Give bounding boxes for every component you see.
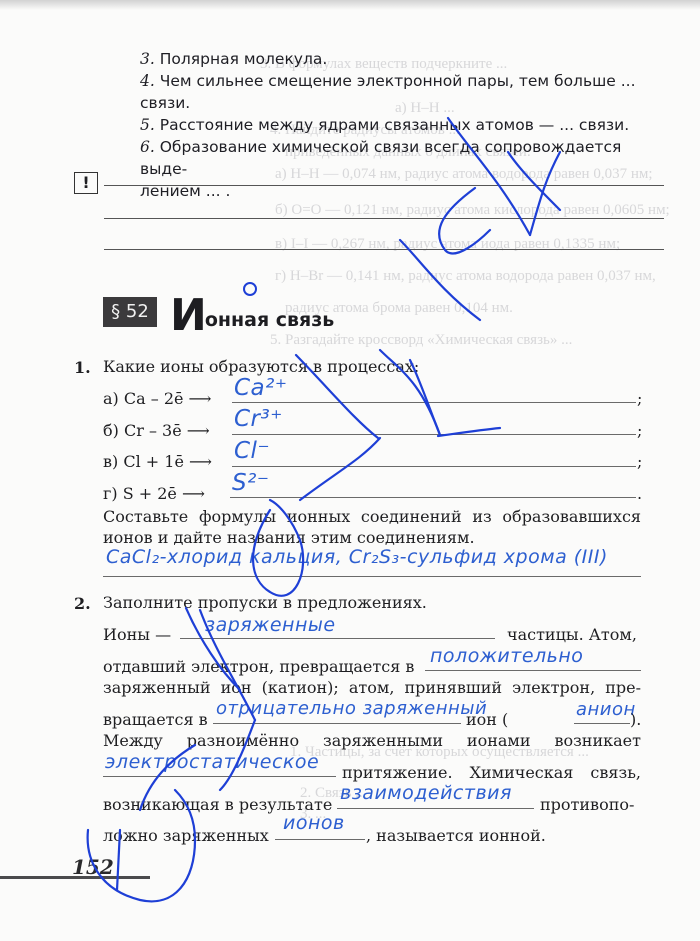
task-instruction: Составьте формулы ионных соединений из о… [103, 507, 641, 527]
note-line[interactable] [104, 218, 664, 219]
sentence-text: вращается в [103, 710, 208, 730]
item-number: 3. [140, 50, 155, 68]
page-edge-shadow [0, 0, 700, 10]
note-line[interactable] [104, 249, 664, 250]
fill-blank[interactable] [103, 776, 336, 777]
handwritten-answer[interactable]: анион [576, 699, 636, 720]
line-end: ; [637, 389, 642, 409]
sentence-text: Между разноимённо заряженными ионами воз… [103, 731, 641, 751]
item-number: 6. [140, 138, 155, 156]
task-instruction: ионов и дайте названия этим соединениям. [103, 528, 475, 548]
sentence-text: ложно заряженных [103, 826, 269, 846]
task-question: Какие ионы образуются в процессах: [103, 357, 419, 377]
list-item: 6. Образование химической связи всегда с… [140, 136, 660, 180]
handwritten-answer[interactable]: S²⁻ [232, 470, 269, 496]
item-number: 4. [140, 72, 155, 90]
section-number-badge: § 52 [103, 297, 157, 327]
sentence-text: заряженный ион (катион); атом, принявший… [103, 678, 641, 698]
answer-line[interactable] [232, 466, 636, 467]
answer-line[interactable] [232, 434, 636, 435]
definitions-list: 3. Полярная молекула. 4. Чем сильнее сме… [140, 48, 660, 202]
list-item: лением ... . [140, 180, 660, 202]
reaction-label: а) Ca – 2ē ⟶ [103, 389, 212, 409]
sentence-text: противопо- [540, 795, 634, 815]
fill-blank[interactable] [213, 723, 461, 724]
fill-blank[interactable] [275, 839, 365, 840]
task-number: 1. [74, 358, 91, 377]
handwritten-answer[interactable]: электростатическое [105, 751, 319, 773]
item-text: Полярная молекула. [160, 50, 328, 68]
list-item: 5. Расстояние между ядрами связанных ато… [140, 114, 660, 136]
note-line[interactable] [104, 185, 664, 186]
answer-line[interactable] [103, 576, 641, 577]
title-initial: И [170, 290, 205, 341]
answer-line[interactable] [230, 497, 636, 498]
handwritten-answer[interactable]: взаимодействия [340, 782, 512, 804]
sentence-text: притяжение. Химическая связь, [342, 763, 641, 783]
sentence-text: ион ( [466, 710, 508, 730]
ghost-line: г) Н–Br — 0,141 нм, радиус атома водород… [275, 268, 656, 285]
handwritten-answer[interactable]: заряженные [205, 614, 336, 636]
handwritten-answer[interactable]: ионов [283, 812, 345, 834]
reaction-label: в) Cl + 1ē ⟶ [103, 452, 212, 472]
task-number: 2. [74, 594, 91, 613]
handwritten-answer[interactable]: Cr³⁺ [234, 406, 283, 432]
fill-blank[interactable] [574, 723, 630, 724]
item-number: 5. [140, 116, 155, 134]
item-text: Расстояние между ядрами связанных атомов… [160, 116, 629, 134]
sentence-text: отдавший электрон, превращается в [103, 657, 414, 677]
handwritten-answer[interactable]: положительно [430, 645, 583, 667]
line-end: ; [637, 421, 642, 441]
fill-blank[interactable] [180, 638, 495, 639]
item-text: Образование химической связи всегда сопр… [140, 138, 621, 178]
title-rest: онная связь [205, 309, 334, 331]
handwritten-answer[interactable]: CaCl₂-хлорид кальция, Cr₂S₃-сульфид хром… [106, 546, 608, 568]
list-item: 3. Полярная молекула. [140, 48, 660, 70]
fill-blank[interactable] [337, 808, 534, 809]
task-title: Заполните пропуски в предложениях. [103, 593, 427, 613]
sentence-text: частицы. Атом, [507, 625, 637, 645]
line-end: . [637, 484, 642, 504]
handwritten-answer[interactable]: отрицательно заряженный [216, 698, 487, 719]
line-end: ; [637, 452, 642, 472]
sentence-text: , называется ионной. [366, 826, 546, 846]
sentence-text: Ионы — [103, 625, 171, 645]
handwritten-answer[interactable]: Ca²⁺ [234, 375, 288, 401]
ghost-line: б) О=О — 0,121 нм, радиус атома кислород… [275, 202, 670, 219]
fill-blank[interactable] [425, 670, 641, 671]
reaction-label: б) Cr – 3ē ⟶ [103, 421, 210, 441]
footer-rule [0, 876, 150, 879]
list-item: 4. Чем сильнее смещение электронной пары… [140, 70, 660, 114]
item-text: Чем сильнее смещение электронной пары, т… [140, 72, 636, 112]
sentence-text: ). [630, 710, 641, 730]
ghost-line: в) I–I — 0,267 нм, радиус атома иода рав… [275, 236, 620, 253]
exclamation-icon: ! [74, 172, 98, 194]
handwritten-answer[interactable]: Cl⁻ [234, 438, 270, 464]
answer-line[interactable] [232, 402, 636, 403]
section-title: Ионная связь [170, 290, 334, 341]
reaction-label: г) S + 2ē ⟶ [103, 484, 205, 504]
